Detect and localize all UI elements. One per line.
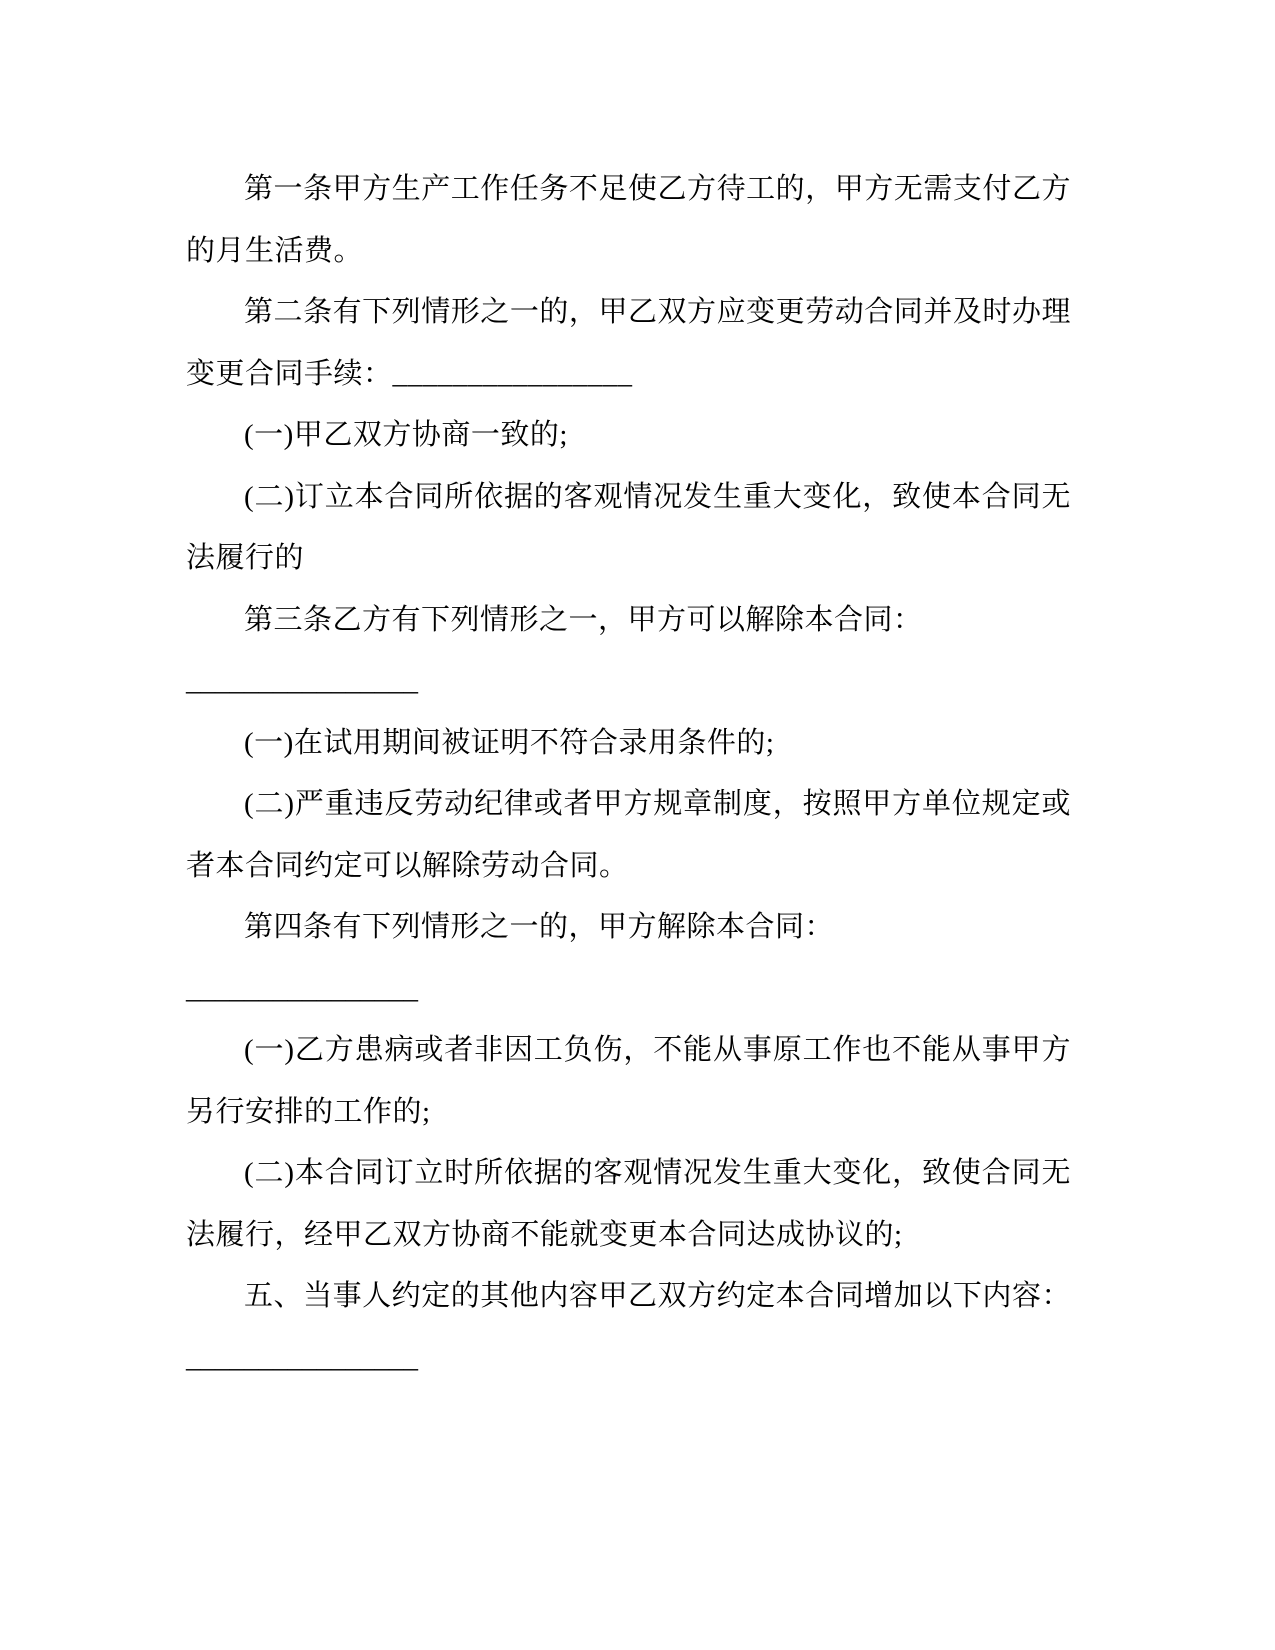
text-line: 法履行的 — [186, 528, 1071, 590]
text-line: 的月生活费。 — [186, 221, 1071, 283]
text-line: (二)订立本合同所依据的客观情况发生重大变化，致使本合同无 — [186, 467, 1071, 529]
text-line: 者本合同约定可以解除劳动合同。 — [186, 836, 1071, 898]
blank-underline-line: ________________ — [186, 959, 1071, 1021]
document-page: 第一条甲方生产工作任务不足使乙方待工的，甲方无需支付乙方 的月生活费。 第二条有… — [0, 0, 1275, 1650]
blank-underline-line: ________________ — [186, 1328, 1071, 1390]
text-line: 第四条有下列情形之一的，甲方解除本合同： — [186, 897, 1071, 959]
text-line: 法履行，经甲乙双方协商不能就变更本合同达成协议的; — [186, 1205, 1071, 1267]
text-line: 第二条有下列情形之一的，甲乙双方应变更劳动合同并及时办理 — [186, 282, 1071, 344]
text-line: (一)在试用期间被证明不符合录用条件的; — [186, 713, 1071, 775]
text-line: (一)甲乙双方协商一致的; — [186, 405, 1071, 467]
contract-text-block: 第一条甲方生产工作任务不足使乙方待工的，甲方无需支付乙方 的月生活费。 第二条有… — [186, 159, 1071, 1389]
text-line: 第一条甲方生产工作任务不足使乙方待工的，甲方无需支付乙方 — [186, 159, 1071, 221]
text-line: 另行安排的工作的; — [186, 1082, 1071, 1144]
text-line: (二)本合同订立时所依据的客观情况发生重大变化，致使合同无 — [186, 1143, 1071, 1205]
blank-underline-line: ________________ — [186, 651, 1071, 713]
text-line: (一)乙方患病或者非因工负伤，不能从事原工作也不能从事甲方 — [186, 1020, 1071, 1082]
text-line: 第三条乙方有下列情形之一，甲方可以解除本合同： — [186, 590, 1071, 652]
text-line: (二)严重违反劳动纪律或者甲方规章制度，按照甲方单位规定或 — [186, 774, 1071, 836]
text-line: 五、当事人约定的其他内容甲乙双方约定本合同增加以下内容： — [186, 1266, 1071, 1328]
text-line-with-blank: 变更合同手续：________________ — [186, 344, 1071, 406]
